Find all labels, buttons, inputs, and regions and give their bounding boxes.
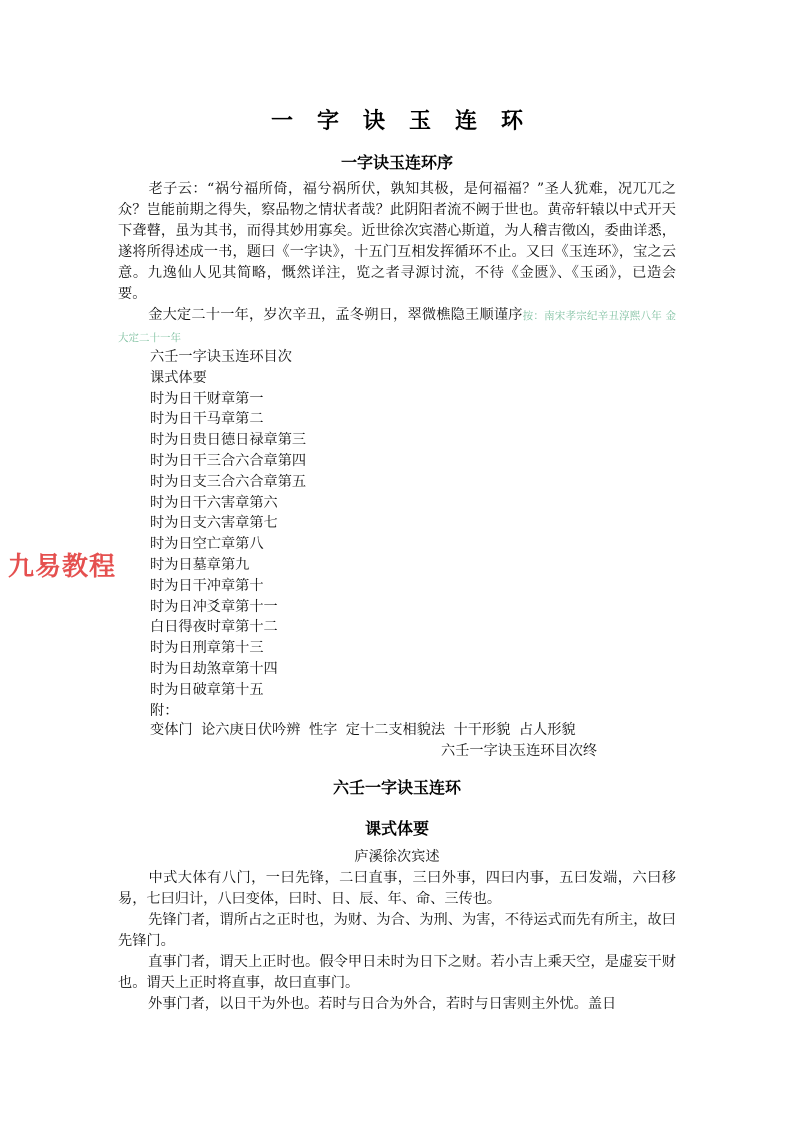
preface-signature: 金大定二十一年，岁次辛丑，孟冬朔日，翠微樵隐王顺谨序 [148,307,523,323]
toc-item: 时为日干财章第一 [150,389,306,410]
byline: 庐溪徐次宾述 [0,847,794,868]
toc-item: 课式体要 [150,368,306,389]
table-of-contents: 六壬一字诀玉连环目次 课式体要 时为日干财章第一 时为日干马章第二 时为日贵日德… [150,347,306,721]
body-text: 外事门者，以日干为外也。若时与日合为外合，若时与日害则主外忧。盖日 [148,996,616,1012]
main-heading: 六壬一字诀玉连环 [0,775,794,798]
toc-item: 时为日劫煞章第十四 [150,659,306,680]
document-title: 一字诀玉连环 [0,104,794,135]
watermark-logo: 九易教程 [8,546,116,583]
toc-item: 时为日破章第十五 [150,680,306,701]
body-paragraph: 直事门者，谓天上正时也。假令甲日未时为日下之财。若小吉上乘天空，是虚妄干财也。谓… [118,952,676,994]
body-text: 中式大体有八门，一曰先锋，二曰直事，三曰外事，四曰内事，五曰发端，六曰移易，七曰… [118,870,676,907]
toc-item: 时为日干马章第二 [150,409,306,430]
appendix-label: 附： [150,701,306,722]
toc-end: 六壬一字诀玉连环目次终 [441,741,597,762]
section-heading: 课式体要 [0,816,794,839]
toc-item: 时为日空亡章第八 [150,534,306,555]
toc-item: 时为日刑章第十三 [150,638,306,659]
body-paragraph: 外事门者，以日干为外也。若时与日合为外合，若时与日害则主外忧。盖日 [118,994,676,1015]
body-paragraph: 中式大体有八门，一曰先锋，二曰直事，三曰外事，四曰内事，五曰发端，六曰移易，七曰… [118,868,676,910]
toc-item: 时为日支六害章第七 [150,513,306,534]
toc-item: 时为日干六害章第六 [150,493,306,514]
toc-item: 时为日冲爻章第十一 [150,597,306,618]
toc-item: 白日得夜时章第十二 [150,617,306,638]
preface-text: 老子云：“祸兮福所倚，福兮祸所伏，孰知其极，是何福福？”圣人犹难，况兀兀之众？岂… [118,181,676,302]
body-text: 直事门者，谓天上正时也。假令甲日未时为日下之财。若小吉上乘天空，是虚妄干财也。谓… [118,954,676,991]
toc-item: 时为日干冲章第十 [150,576,306,597]
preface-signature-block: 金大定二十一年，岁次辛丑，孟冬朔日，翠微樵隐王顺谨序按：南宋孝宗纪辛丑淳熙八年 … [118,305,676,349]
body-text: 先锋门者，谓所占之正时也，为财、为合、为刑、为害，不待运式而先有所主，故曰先锋门… [118,912,676,949]
appendix-items: 变体门 论六庚日伏吟辨 性字 定十二支相貌法 十干形貌 占人形貌 [150,720,576,741]
toc-item: 时为日墓章第九 [150,555,306,576]
toc-item: 时为日干三合六合章第四 [150,451,306,472]
preface-heading: 一字诀玉连环序 [0,150,794,173]
toc-item: 时为日贵日德日禄章第三 [150,430,306,451]
toc-title: 六壬一字诀玉连环目次 [150,347,306,368]
preface-paragraph: 老子云：“祸兮福所倚，福兮祸所伏，孰知其极，是何福福？”圣人犹难，况兀兀之众？岂… [118,179,676,305]
body-paragraph: 先锋门者，谓所占之正时也，为财、为合、为刑、为害，不待运式而先有所主，故曰先锋门… [118,910,676,952]
document-page: 一字诀玉连环 一字诀玉连环序 老子云：“祸兮福所倚，福兮祸所伏，孰知其极，是何福… [0,0,794,1123]
toc-item: 时为日支三合六合章第五 [150,472,306,493]
